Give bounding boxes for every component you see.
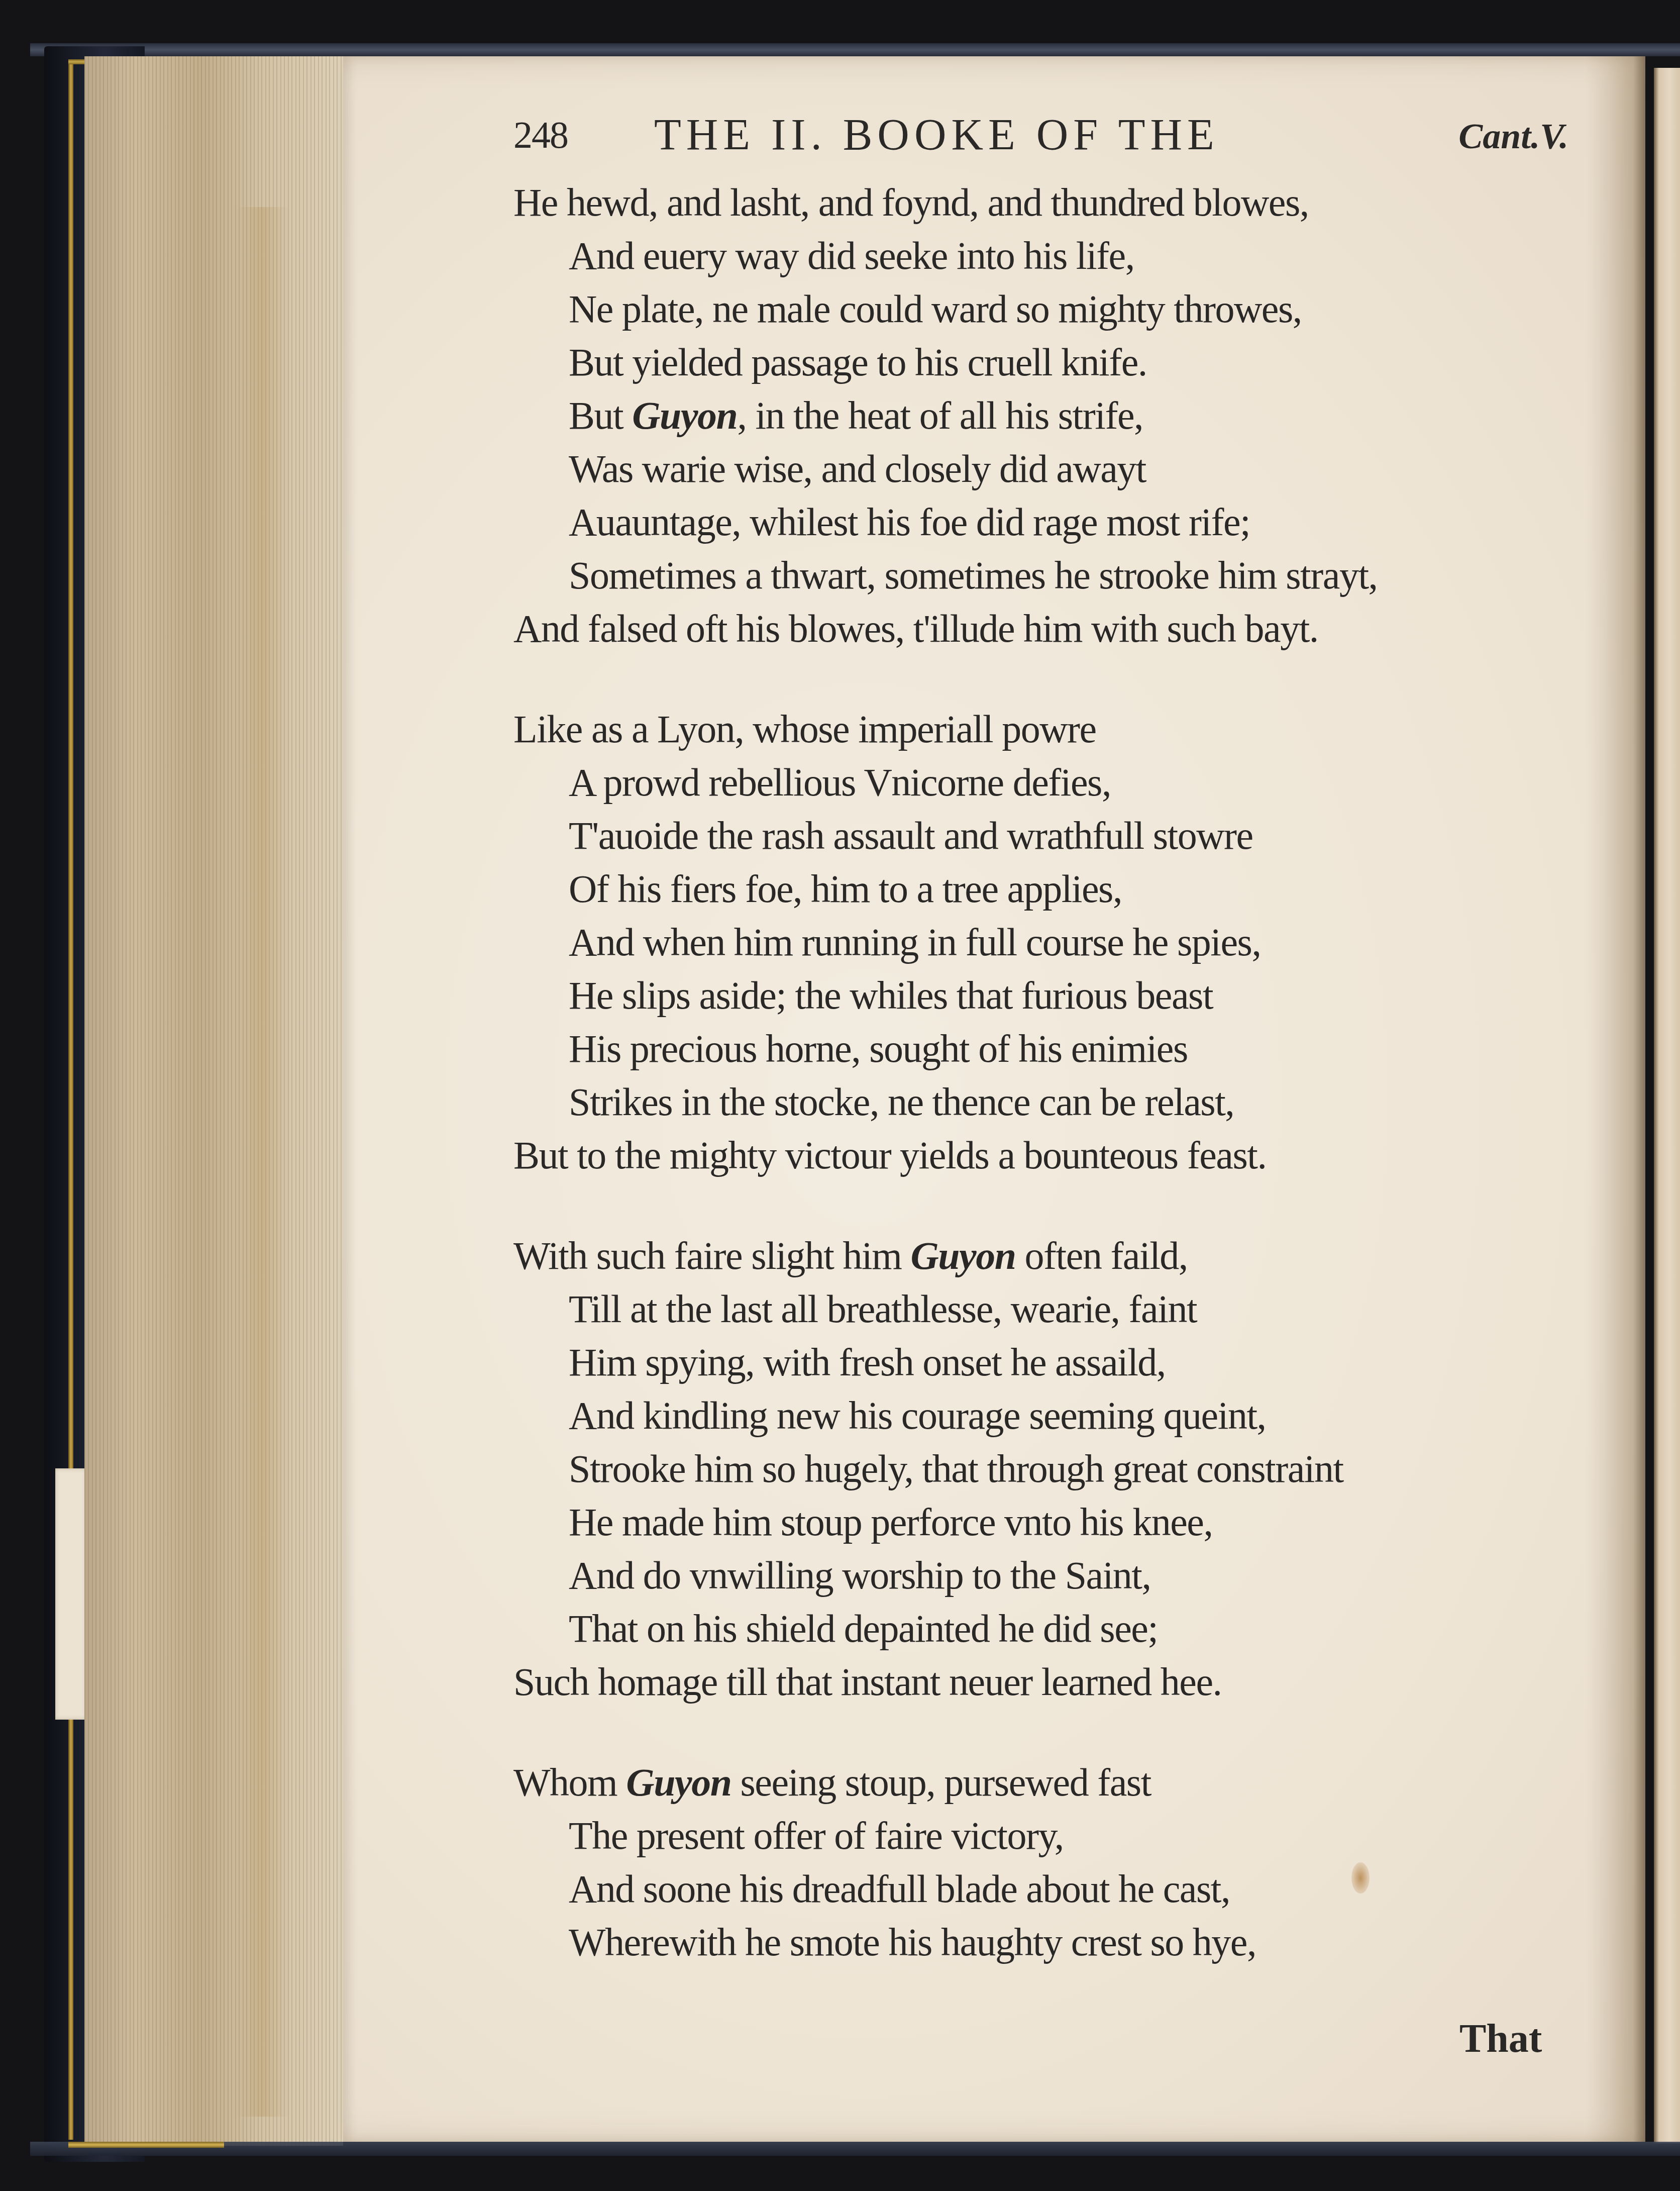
verse-line: His precious horne, sought of his enimie… bbox=[513, 1022, 1594, 1075]
catchword: That bbox=[1459, 2016, 1542, 2062]
book-title-header: THE II. BOOKE OF THE bbox=[654, 110, 1219, 160]
verse-line: Wherewith he smote his haughty crest so … bbox=[513, 1916, 1594, 1969]
verse-line: Him spying, with fresh onset he assaild, bbox=[513, 1336, 1594, 1389]
running-head: 248 THE II. BOOKE OF THE Cant.V. bbox=[513, 110, 1568, 165]
verse-body: He hewd, and lasht, and foynd, and thund… bbox=[513, 176, 1594, 2016]
proper-name-italic: Guyon bbox=[632, 393, 737, 437]
stanza: He hewd, and lasht, and foynd, and thund… bbox=[513, 176, 1594, 655]
book-cover-top-edge bbox=[30, 43, 1680, 56]
verse-text: But bbox=[569, 393, 632, 437]
verse-line: Whom Guyon seeing stoup, pursewed fast bbox=[513, 1756, 1594, 1809]
verse-line: And do vnwilling worship to the Saint, bbox=[513, 1549, 1594, 1602]
verse-text: often faild, bbox=[1016, 1234, 1188, 1277]
stanza: Whom Guyon seeing stoup, pursewed fastTh… bbox=[513, 1756, 1594, 1969]
verse-line: With such faire slight him Guyon often f… bbox=[513, 1229, 1594, 1282]
gilt-fillet-bottom bbox=[68, 2142, 224, 2148]
page-number: 248 bbox=[513, 114, 568, 157]
verse-line: But yielded passage to his cruell knife. bbox=[513, 336, 1594, 389]
verse-line: Of his fiers foe, him to a tree applies, bbox=[513, 862, 1594, 916]
verse-line: And when him running in full course he s… bbox=[513, 916, 1594, 969]
verse-line: But Guyon, in the heat of all his strife… bbox=[513, 389, 1594, 442]
verse-text: Whom bbox=[513, 1760, 626, 1804]
canto-label: Cant.V. bbox=[1458, 116, 1568, 157]
verse-line: Sometimes a thwart, sometimes he strooke… bbox=[513, 549, 1594, 602]
page-fore-edge bbox=[84, 56, 343, 2146]
verse-line: T'auoide the rash assault and wrathfull … bbox=[513, 809, 1594, 862]
verse-text: With such faire slight him bbox=[513, 1234, 910, 1277]
verse-line: A prowd rebellious Vnicorne defies, bbox=[513, 756, 1594, 809]
verse-line: And euery way did seeke into his life, bbox=[513, 229, 1594, 282]
verse-line: He hewd, and lasht, and foynd, and thund… bbox=[513, 176, 1594, 229]
verse-line: And falsed oft his blowes, t'illude him … bbox=[513, 602, 1594, 655]
gutter-shadow bbox=[1585, 56, 1645, 2142]
proper-name-italic: Guyon bbox=[910, 1234, 1015, 1277]
verse-line: And kindling new his courage seeming que… bbox=[513, 1389, 1594, 1442]
verse-line: Such homage till that instant neuer lear… bbox=[513, 1655, 1594, 1709]
gilt-fillet-vertical bbox=[68, 64, 73, 2140]
verse-line: Auauntage, whilest his foe did rage most… bbox=[513, 495, 1594, 549]
verse-line: Strooke him so hugely, that through grea… bbox=[513, 1442, 1594, 1496]
proper-name-italic: Guyon bbox=[626, 1760, 731, 1804]
verse-line: He slips aside; the whiles that furious … bbox=[513, 969, 1594, 1022]
verse-line: The present offer of faire victory, bbox=[513, 1809, 1594, 1862]
verse-line: Like as a Lyon, whose imperiall powre bbox=[513, 703, 1594, 756]
stanza: With such faire slight him Guyon often f… bbox=[513, 1229, 1594, 1709]
verse-line: Ne plate, ne male could ward so mighty t… bbox=[513, 282, 1594, 336]
verse-line: Till at the last all breathlesse, wearie… bbox=[513, 1282, 1594, 1336]
verse-line: And soone his dreadfull blade about he c… bbox=[513, 1862, 1594, 1916]
next-page-edge bbox=[1654, 68, 1680, 2143]
stanza: Like as a Lyon, whose imperiall powreA p… bbox=[513, 703, 1594, 1182]
verse-line: Strikes in the stocke, ne thence can be … bbox=[513, 1075, 1594, 1129]
verse-line: He made him stoup perforce vnto his knee… bbox=[513, 1496, 1594, 1549]
verse-text: seeing stoup, pursewed fast bbox=[731, 1760, 1151, 1804]
verse-line: That on his shield depainted he did see; bbox=[513, 1602, 1594, 1655]
book-cover-bottom-edge bbox=[30, 2142, 1680, 2156]
library-slip bbox=[55, 1468, 86, 1720]
verse-line: But to the mighty victour yields a bount… bbox=[513, 1129, 1594, 1182]
fore-edge-stain bbox=[235, 207, 290, 2117]
verse-text: , in the heat of all his strife, bbox=[737, 393, 1143, 437]
verse-line: Was warie wise, and closely did awayt bbox=[513, 442, 1594, 495]
